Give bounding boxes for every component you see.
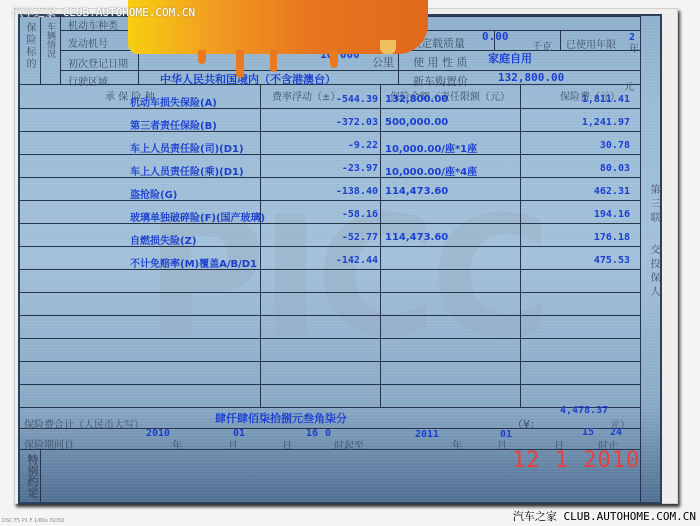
engine-number-label: 发动机号 <box>68 35 108 50</box>
load-capacity-unit: 千克 <box>532 38 552 53</box>
coverage-name: 自燃损失险(Z) <box>130 232 196 247</box>
coverage-rate: -23.97 <box>342 163 378 174</box>
period-start-hour: 0 <box>325 428 331 439</box>
coverage-rate: -58.16 <box>342 209 378 220</box>
start-day-label: 日 <box>282 437 292 452</box>
paint-drip <box>380 40 396 54</box>
from-hour-label: 时起至 <box>334 437 364 452</box>
coverage-rate: -9.22 <box>348 140 378 151</box>
copy-number-label: 第三联 <box>646 184 661 226</box>
insurance-policy-document: PICC 保险标的 车辆情况 机动车种类 发动机号 初次登记日期 行驶区域 中华… <box>18 14 662 504</box>
coverage-amount: 114,473.60 <box>385 186 448 197</box>
coverage-premium: 462.31 <box>594 186 630 197</box>
end-year-label: 年 <box>452 437 462 452</box>
coverage-name: 车上人员责任险(乘)(D1) <box>130 163 244 178</box>
coverage-rate: -52.77 <box>342 232 378 243</box>
coverage-premium: 176.18 <box>594 232 630 243</box>
site-watermark-top: 汽车之家 CLUB.AUTOHOME.COM.CN <box>12 4 195 20</box>
coverage-premium: 30.78 <box>600 140 630 151</box>
camera-date-stamp: 12 1 2010 <box>512 448 640 473</box>
coverage-amount: 10,000.00/座*4座 <box>385 163 477 178</box>
start-month-label: 月 <box>228 437 238 452</box>
total-prefix: （¥： <box>512 416 541 432</box>
paint-drip <box>330 50 338 68</box>
insured-object-label: 保险标的 <box>22 22 37 70</box>
coverage-rate: -142.44 <box>336 255 378 266</box>
mileage-unit: 公里 <box>372 54 394 70</box>
camera-info: DSC F5 P1 F 1/60s ISO50 <box>2 518 64 524</box>
total-value: 4,478.37 <box>560 405 608 416</box>
period-label: 保险期间自 <box>24 436 74 451</box>
coverage-rate: -138.40 <box>336 186 378 197</box>
paint-drip <box>236 50 244 78</box>
start-year-label: 年 <box>172 437 182 452</box>
first-registration-label: 初次登记日期 <box>68 55 128 70</box>
usage-label: 使 用 性 质 <box>413 54 468 70</box>
new-car-price-label: 新车购置价 <box>413 73 468 89</box>
period-end-day: 15 <box>582 427 594 438</box>
end-month-label: 月 <box>497 437 507 452</box>
coverage-name: 车上人员责任险(司)(D1) <box>130 140 244 155</box>
paint-drip <box>270 50 277 72</box>
total-label: 保险费合计（人民币大写） <box>24 416 144 431</box>
period-start-year: 2010 <box>146 428 170 439</box>
coverage-name: 盗抢险(G) <box>130 186 177 201</box>
coverage-premium: 1,241.97 <box>582 117 630 128</box>
usage-value: 家庭自用 <box>488 50 532 66</box>
coverage-name: 玻璃单独破碎险(F)(国产玻璃) <box>130 209 265 224</box>
years-used-label: 已使用年限 <box>566 36 616 51</box>
coverage-rate: -372.03 <box>336 117 378 128</box>
years-used-unit: 年 <box>629 40 639 55</box>
coverage-name: 不计免赔率(M)覆盖A/B/D1 <box>130 255 257 270</box>
coverage-name: 机动车损失保险(A) <box>130 94 217 109</box>
vehicle-section-label: 车辆情况 <box>44 22 57 58</box>
coverage-rate: -544.39 <box>336 94 378 105</box>
coverage-premium: 475.53 <box>594 255 630 266</box>
site-watermark-bottom: 汽车之家 CLUB.AUTOHOME.COM.CN <box>513 508 696 524</box>
new-car-price-value: 132,800.00 <box>498 71 564 84</box>
driving-area-value: 中华人民共和国境内（不含港澳台） <box>160 71 336 87</box>
special-terms-label: 特别约定 <box>24 454 40 498</box>
period-start-day: 16 <box>306 428 318 439</box>
period-end-year: 2011 <box>415 429 439 440</box>
load-capacity-value: 0.00 <box>482 30 509 43</box>
header-rate: 费率浮动（±） <box>272 88 340 103</box>
coverage-amount: 10,000.00/座*1座 <box>385 140 477 155</box>
coverage-premium: 194.16 <box>594 209 630 220</box>
coverage-amount: 500,000.00 <box>385 117 448 128</box>
coverage-premium: 1,811.41 <box>582 94 630 105</box>
coverage-amount: 114,473.60 <box>385 232 448 243</box>
coverage-name: 第三者责任保险(B) <box>130 117 217 132</box>
copy-recipient-label: 交投保人 <box>646 244 661 300</box>
coverage-amount: 132,800.00 <box>385 94 448 105</box>
total-in-words: 肆仟肆佰柒拾捌元叁角柒分 <box>215 410 347 426</box>
coverage-premium: 80.03 <box>600 163 630 174</box>
driving-area-label: 行驶区域 <box>68 73 108 88</box>
paint-drip <box>198 50 206 64</box>
new-car-price-unit: 元 <box>624 78 634 93</box>
